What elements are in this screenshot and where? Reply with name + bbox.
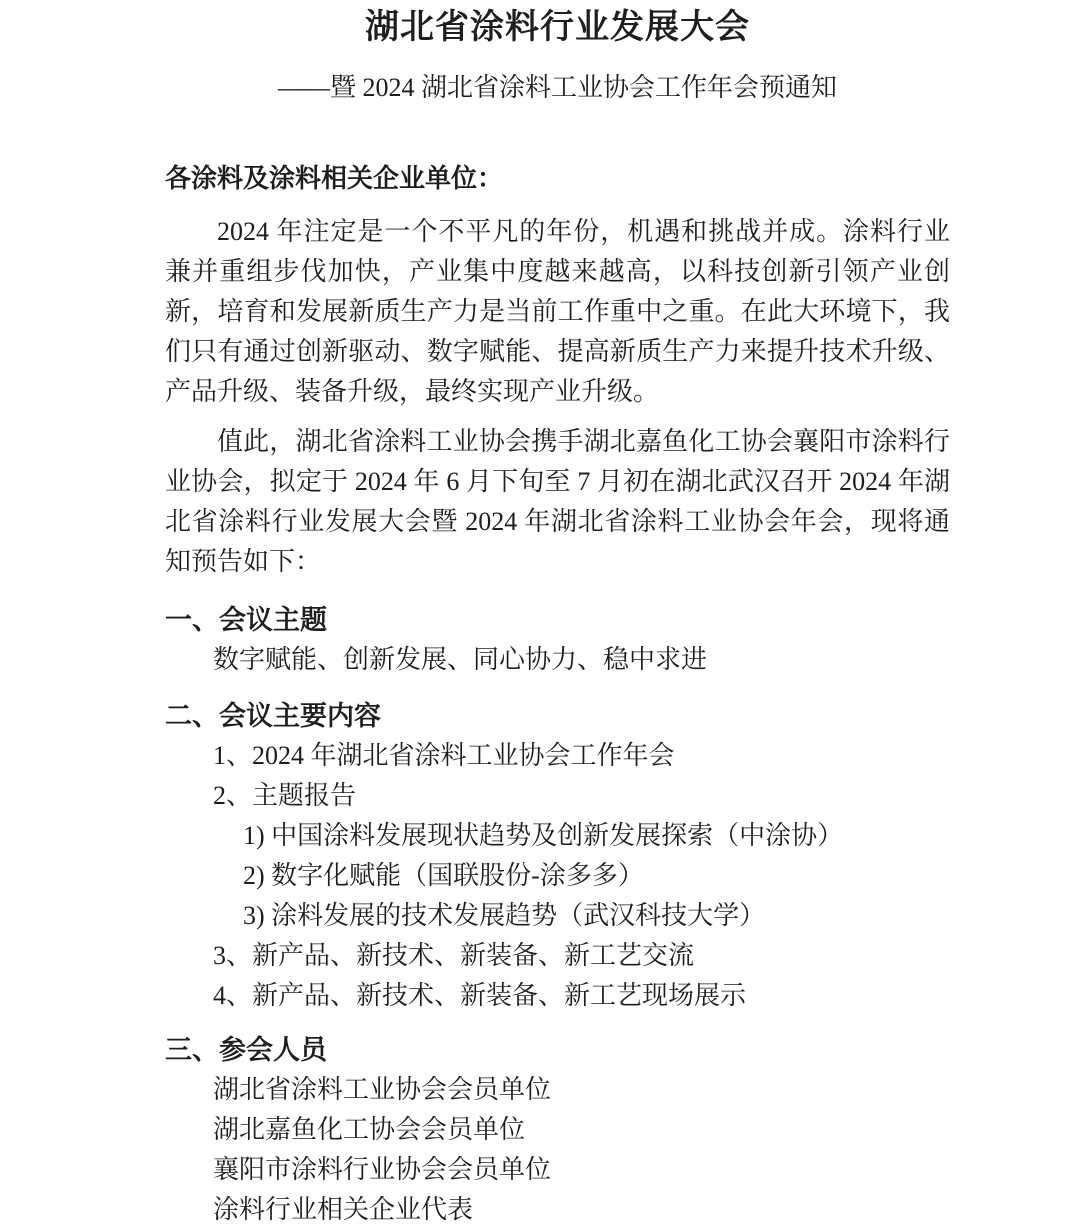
section-1-line-1: 数字赋能、创新发展、同心协力、稳中求进 bbox=[165, 640, 950, 680]
section-heading-1: 一、会议主题 bbox=[165, 600, 950, 640]
section-heading-2: 二、会议主要内容 bbox=[165, 696, 950, 736]
section-3-item-4: 涂料行业相关企业代表 bbox=[165, 1190, 950, 1225]
section-3-item-1: 湖北省涂料工业协会会员单位 bbox=[165, 1070, 950, 1110]
body-paragraph-1: 2024 年注定是一个不平凡的年份，机遇和挑战并成。涂料行业兼并重组步伐加快，产… bbox=[165, 212, 950, 412]
section-2-subitem-3: 3) 涂料发展的技术发展趋势（武汉科技大学） bbox=[165, 896, 950, 936]
document-page: 湖北省涂料行业发展大会 ——暨 2024 湖北省涂料工业协会工作年会预通知 各涂… bbox=[0, 0, 1080, 1225]
document-title: 湖北省涂料行业发展大会 bbox=[165, 6, 950, 48]
document-subtitle: ——暨 2024 湖北省涂料工业协会工作年会预通知 bbox=[165, 70, 950, 106]
section-heading-3: 三、参会人员 bbox=[165, 1030, 950, 1070]
salutation-line: 各涂料及涂料相关企业单位： bbox=[165, 158, 950, 198]
section-2-item-3: 3、新产品、新技术、新装备、新工艺交流 bbox=[165, 936, 950, 976]
section-2-item-4: 4、新产品、新技术、新装备、新工艺现场展示 bbox=[165, 976, 950, 1016]
section-meeting-content: 二、会议主要内容 1、2024 年湖北省涂料工业协会工作年会 2、主题报告 1)… bbox=[165, 696, 950, 1016]
section-participants: 三、参会人员 湖北省涂料工业协会会员单位 湖北嘉鱼化工协会会员单位 襄阳市涂料行… bbox=[165, 1030, 950, 1225]
section-2-item-1: 1、2024 年湖北省涂料工业协会工作年会 bbox=[165, 736, 950, 776]
body-paragraph-2: 值此，湖北省涂料工业协会携手湖北嘉鱼化工协会襄阳市涂料行业协会，拟定于 2024… bbox=[165, 422, 950, 582]
section-2-subitem-1: 1) 中国涂料发展现状趋势及创新发展探索（中涂协） bbox=[165, 816, 950, 856]
section-3-item-3: 襄阳市涂料行业协会会员单位 bbox=[165, 1150, 950, 1190]
section-2-subitem-2: 2) 数字化赋能（国联股份-涂多多） bbox=[165, 856, 950, 896]
section-meeting-theme: 一、会议主题 数字赋能、创新发展、同心协力、稳中求进 bbox=[165, 600, 950, 680]
section-2-item-2: 2、主题报告 bbox=[165, 776, 950, 816]
section-3-item-2: 湖北嘉鱼化工协会会员单位 bbox=[165, 1110, 950, 1150]
